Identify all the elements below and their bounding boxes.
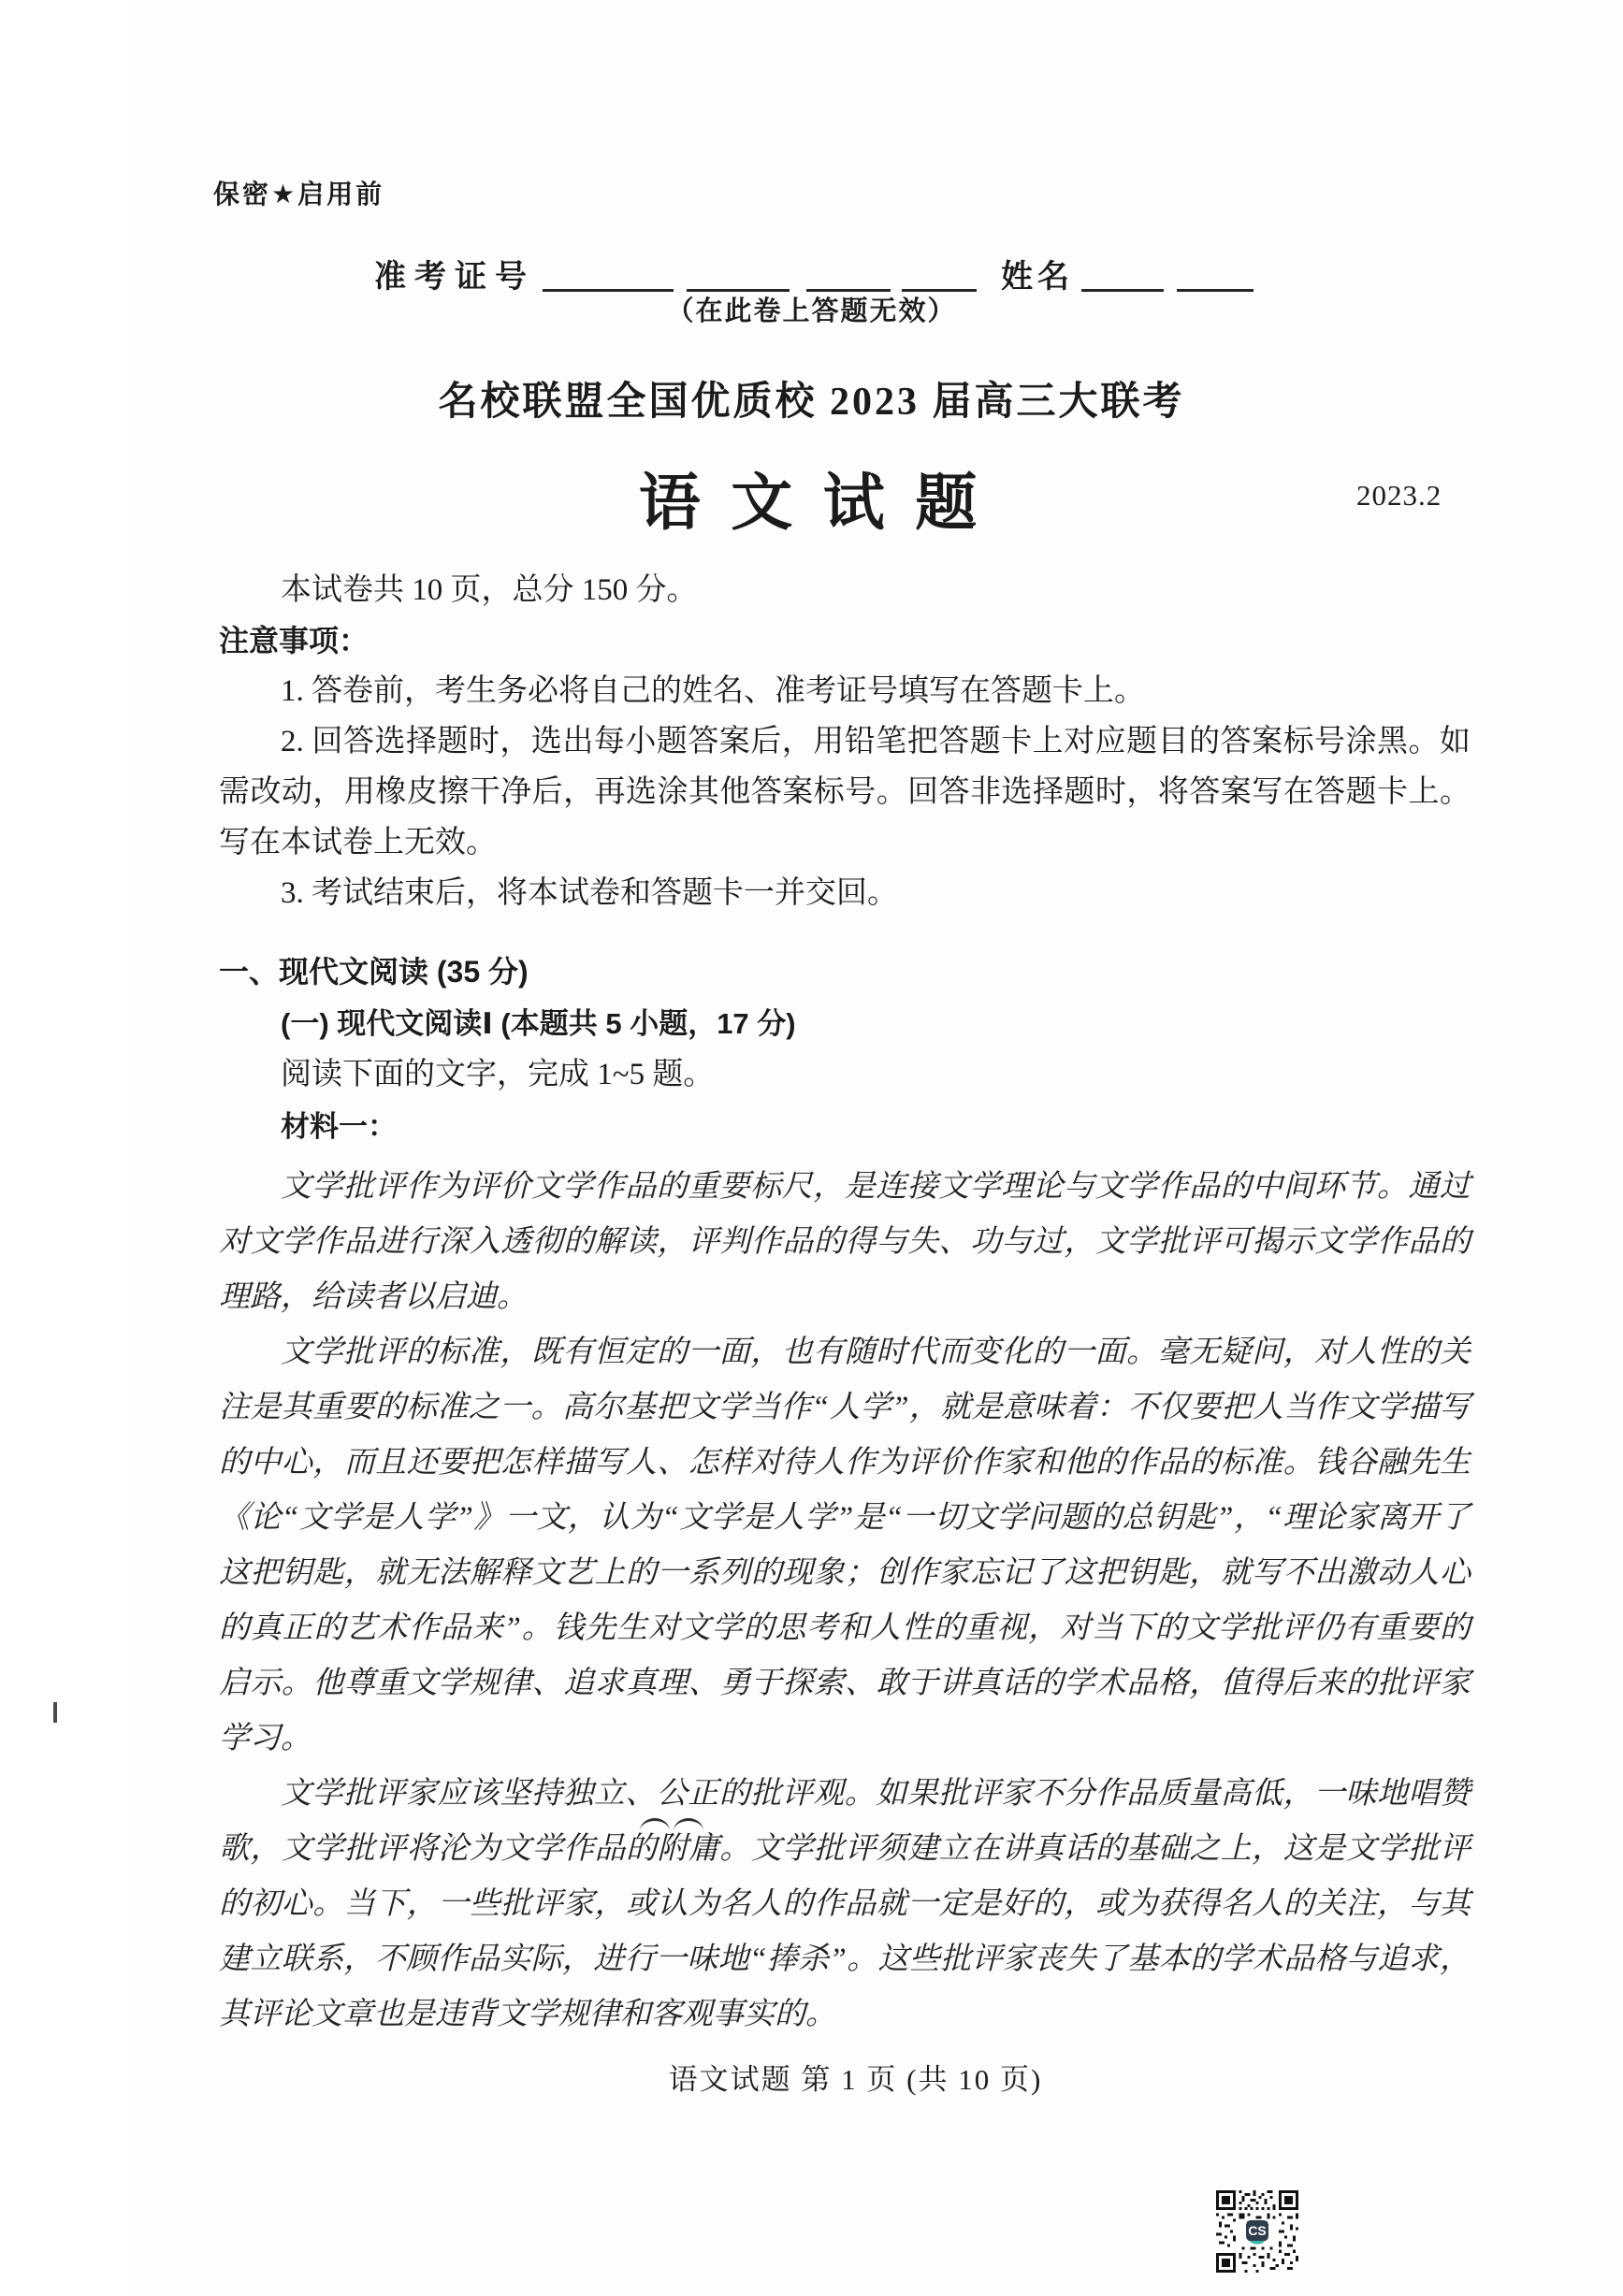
subsection-heading: (一) 现代文阅读Ⅰ (本题共 5 小题，17 分)	[219, 998, 1471, 1049]
notes-heading: 注意事项：	[219, 615, 1471, 666]
scan-artifact	[53, 1702, 57, 1723]
camscanner-badge: CS	[1246, 2220, 1268, 2244]
page-footer: 语文试题 第 1 页 (共 10 页)	[88, 2056, 1623, 2098]
name-blank	[1081, 261, 1164, 292]
material-paragraph: 文学批评家应该坚持独立、公正的批评观。如果批评家不分作品质量高低，一味地唱赞歌，…	[219, 1767, 1471, 2043]
invalid-answer-note: （在此卷上答题无效）	[0, 290, 1623, 328]
cs-logo-text: CS	[1248, 2223, 1266, 2238]
material-label: 材料一：	[219, 1101, 1471, 1152]
exam-paper-page: 保密★启用前 准考证号姓名 （在此卷上答题无效） 名校联盟全国优质校 2023 …	[0, 0, 1623, 2296]
emphasis-mark-artifact	[640, 1818, 711, 1831]
note-item: 2. 回答选择题时，选出每小题答案后，用铅笔把答题卡上对应题目的答案标号涂黑。如…	[219, 716, 1471, 868]
admission-number-blank	[687, 261, 790, 292]
league-title: 名校联盟全国优质校 2023 届高三大联考	[0, 370, 1623, 426]
note-item: 1. 答卷前，考生务必将自己的姓名、准考证号填写在答题卡上。	[219, 666, 1471, 716]
security-label: 保密★启用前	[213, 174, 384, 211]
note-item: 3. 考试结束后，将本试卷和答题卡一并交回。	[219, 868, 1471, 918]
qr-code: CS	[1216, 2190, 1298, 2273]
name-blank	[1177, 261, 1253, 292]
qr-code-graphic: CS	[1216, 2190, 1298, 2273]
section-heading: 一、现代文阅读 (35 分)	[219, 946, 1471, 998]
page-summary: 本试卷共 10 页，总分 150 分。	[219, 565, 1471, 615]
exam-body: 本试卷共 10 页，总分 150 分。 注意事项： 1. 答卷前，考生务必将自己…	[219, 565, 1471, 2043]
admission-number-blank	[806, 261, 891, 292]
material-paragraph: 文学批评作为评价文学作品的重要标尺，是连接文学理论与文学作品的中间环节。通过对文…	[219, 1160, 1471, 1325]
admission-number-blank	[543, 261, 674, 292]
material-paragraph: 文学批评的标准，既有恒定的一面，也有随时代而变化的一面。毫无疑问，对人性的关注是…	[219, 1325, 1471, 1767]
reading-instruction: 阅读下面的文字，完成 1~5 题。	[219, 1049, 1471, 1101]
admission-number-blank	[902, 261, 977, 292]
exam-date: 2023.2	[1356, 479, 1442, 513]
